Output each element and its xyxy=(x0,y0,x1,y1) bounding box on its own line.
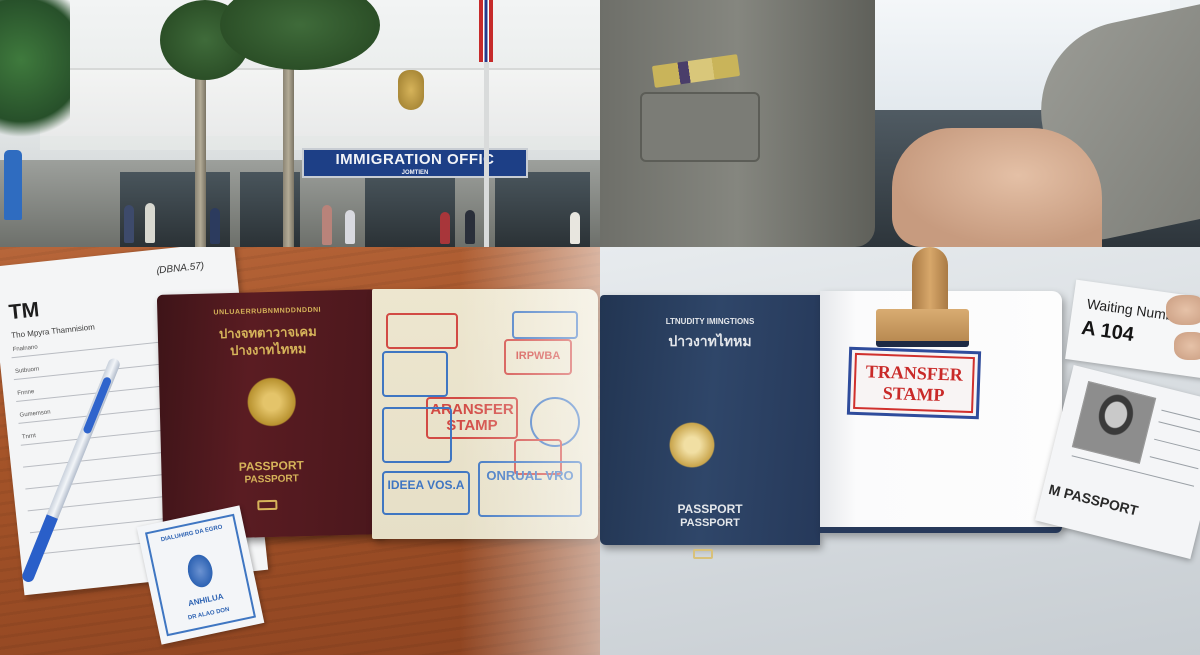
form-code: (ฺDBNA.57) xyxy=(155,259,205,279)
thai-flag-icon xyxy=(479,0,493,62)
form-title: TM xyxy=(8,298,41,325)
id-card-caption: M PASSPORT xyxy=(1047,481,1140,519)
rubber-stamp-block xyxy=(876,309,969,347)
card-line xyxy=(1154,439,1200,452)
person-figure xyxy=(4,150,22,220)
biometric-chip-icon xyxy=(257,500,277,511)
uniform-pocket xyxy=(640,92,760,162)
garuda-emblem-icon xyxy=(664,417,720,473)
stamp-card-border: DIALUHIRG DA EGRO ANHILUA DR ALAO DON xyxy=(145,514,256,637)
stamp-line-2: STAMP xyxy=(855,382,972,407)
passport-issuer-text: LTNUDITY IMINGTIONS xyxy=(600,317,820,326)
visa-stamp xyxy=(382,351,448,397)
garuda-emblem-icon xyxy=(241,371,303,433)
person-figure xyxy=(124,205,134,243)
card-line xyxy=(1150,456,1199,469)
fingertip xyxy=(1174,332,1200,360)
biometric-chip-icon xyxy=(693,549,713,559)
passport-subtitle: PASSPORT xyxy=(600,517,820,529)
card-line xyxy=(1161,410,1200,423)
passport-issuer-text: UNLUAERRUBNMNDDNDDNI xyxy=(157,305,377,318)
person-figure xyxy=(322,205,332,245)
form-field-label: Sutbuorn xyxy=(15,366,40,375)
transfer-stamp-photo: LTNUDITY IMINGTIONS ปาวงาทไทหม PASSPORT … xyxy=(600,247,1200,655)
tree-foliage xyxy=(0,0,70,150)
visa-stamp xyxy=(382,407,452,463)
form-field-label: Gumemson xyxy=(19,409,50,418)
burgundy-passport: UNLUAERRUBNMNDDNDDNI ปางจทตาวาจเคม ปางงา… xyxy=(157,289,383,540)
emblem-icon xyxy=(183,549,218,592)
sign-title: IMMIGRATION OFFIC xyxy=(304,150,526,169)
building-canopy xyxy=(40,68,600,136)
transfer-stamp-text: TRANSFER STAMP xyxy=(853,353,975,413)
visa-stamp xyxy=(386,313,458,349)
passport-thai-text: ปาวงาทไทหม xyxy=(600,331,820,353)
form-field-label: Fnalnano xyxy=(12,344,38,353)
person-figure xyxy=(345,210,355,244)
form-field-label: Tnrnt xyxy=(22,433,37,440)
transfer-stamp: TRANSFER STAMP xyxy=(847,347,981,420)
person-figure xyxy=(210,208,220,244)
passport-title: PASSPORT xyxy=(600,502,820,516)
fingertip xyxy=(1166,295,1200,325)
sign-subtitle: JOMTIEN xyxy=(304,169,526,177)
navy-passport: LTNUDITY IMINGTIONS ปาวงาทไทหม PASSPORT … xyxy=(600,295,820,545)
person-figure xyxy=(570,212,580,244)
person-figure xyxy=(440,212,450,244)
visa-stamp: IDEEA VOS.A xyxy=(382,471,470,515)
medal-ribbons-icon xyxy=(652,54,740,88)
government-emblem-icon xyxy=(398,70,424,110)
desk-documents-photo: (ฺDBNA.57) TM Tho Mpyra Thamnisiom Fnaln… xyxy=(0,247,600,655)
panel-fade xyxy=(460,247,600,655)
photo-collage: IMMIGRATION OFFIC JOMTIEN (ฺ xyxy=(0,0,1200,655)
stamp-line-1: TRANSFER xyxy=(856,361,973,386)
person-figure xyxy=(145,203,155,243)
waiting-number: A 104 xyxy=(1080,317,1135,347)
immigration-office-sign: IMMIGRATION OFFIC JOMTIEN xyxy=(302,148,528,178)
immigration-office-photo: IMMIGRATION OFFIC JOMTIEN xyxy=(0,0,600,247)
hand xyxy=(892,128,1102,247)
passport-thai-text: ปางงาทไทหม xyxy=(158,336,378,363)
portrait-photo xyxy=(1072,381,1156,464)
form-field-label: Fnnne xyxy=(17,389,35,397)
palm-trunk xyxy=(195,60,206,247)
form-subtitle: Tho Mpyra Thamnisiom xyxy=(11,322,95,340)
card-line xyxy=(1158,421,1200,434)
officer-stamping-photo xyxy=(600,0,1200,247)
stamp-card-header: DIALUHIRG DA EGRO xyxy=(149,522,235,546)
officer-uniform xyxy=(600,0,875,247)
person-figure xyxy=(465,210,475,244)
